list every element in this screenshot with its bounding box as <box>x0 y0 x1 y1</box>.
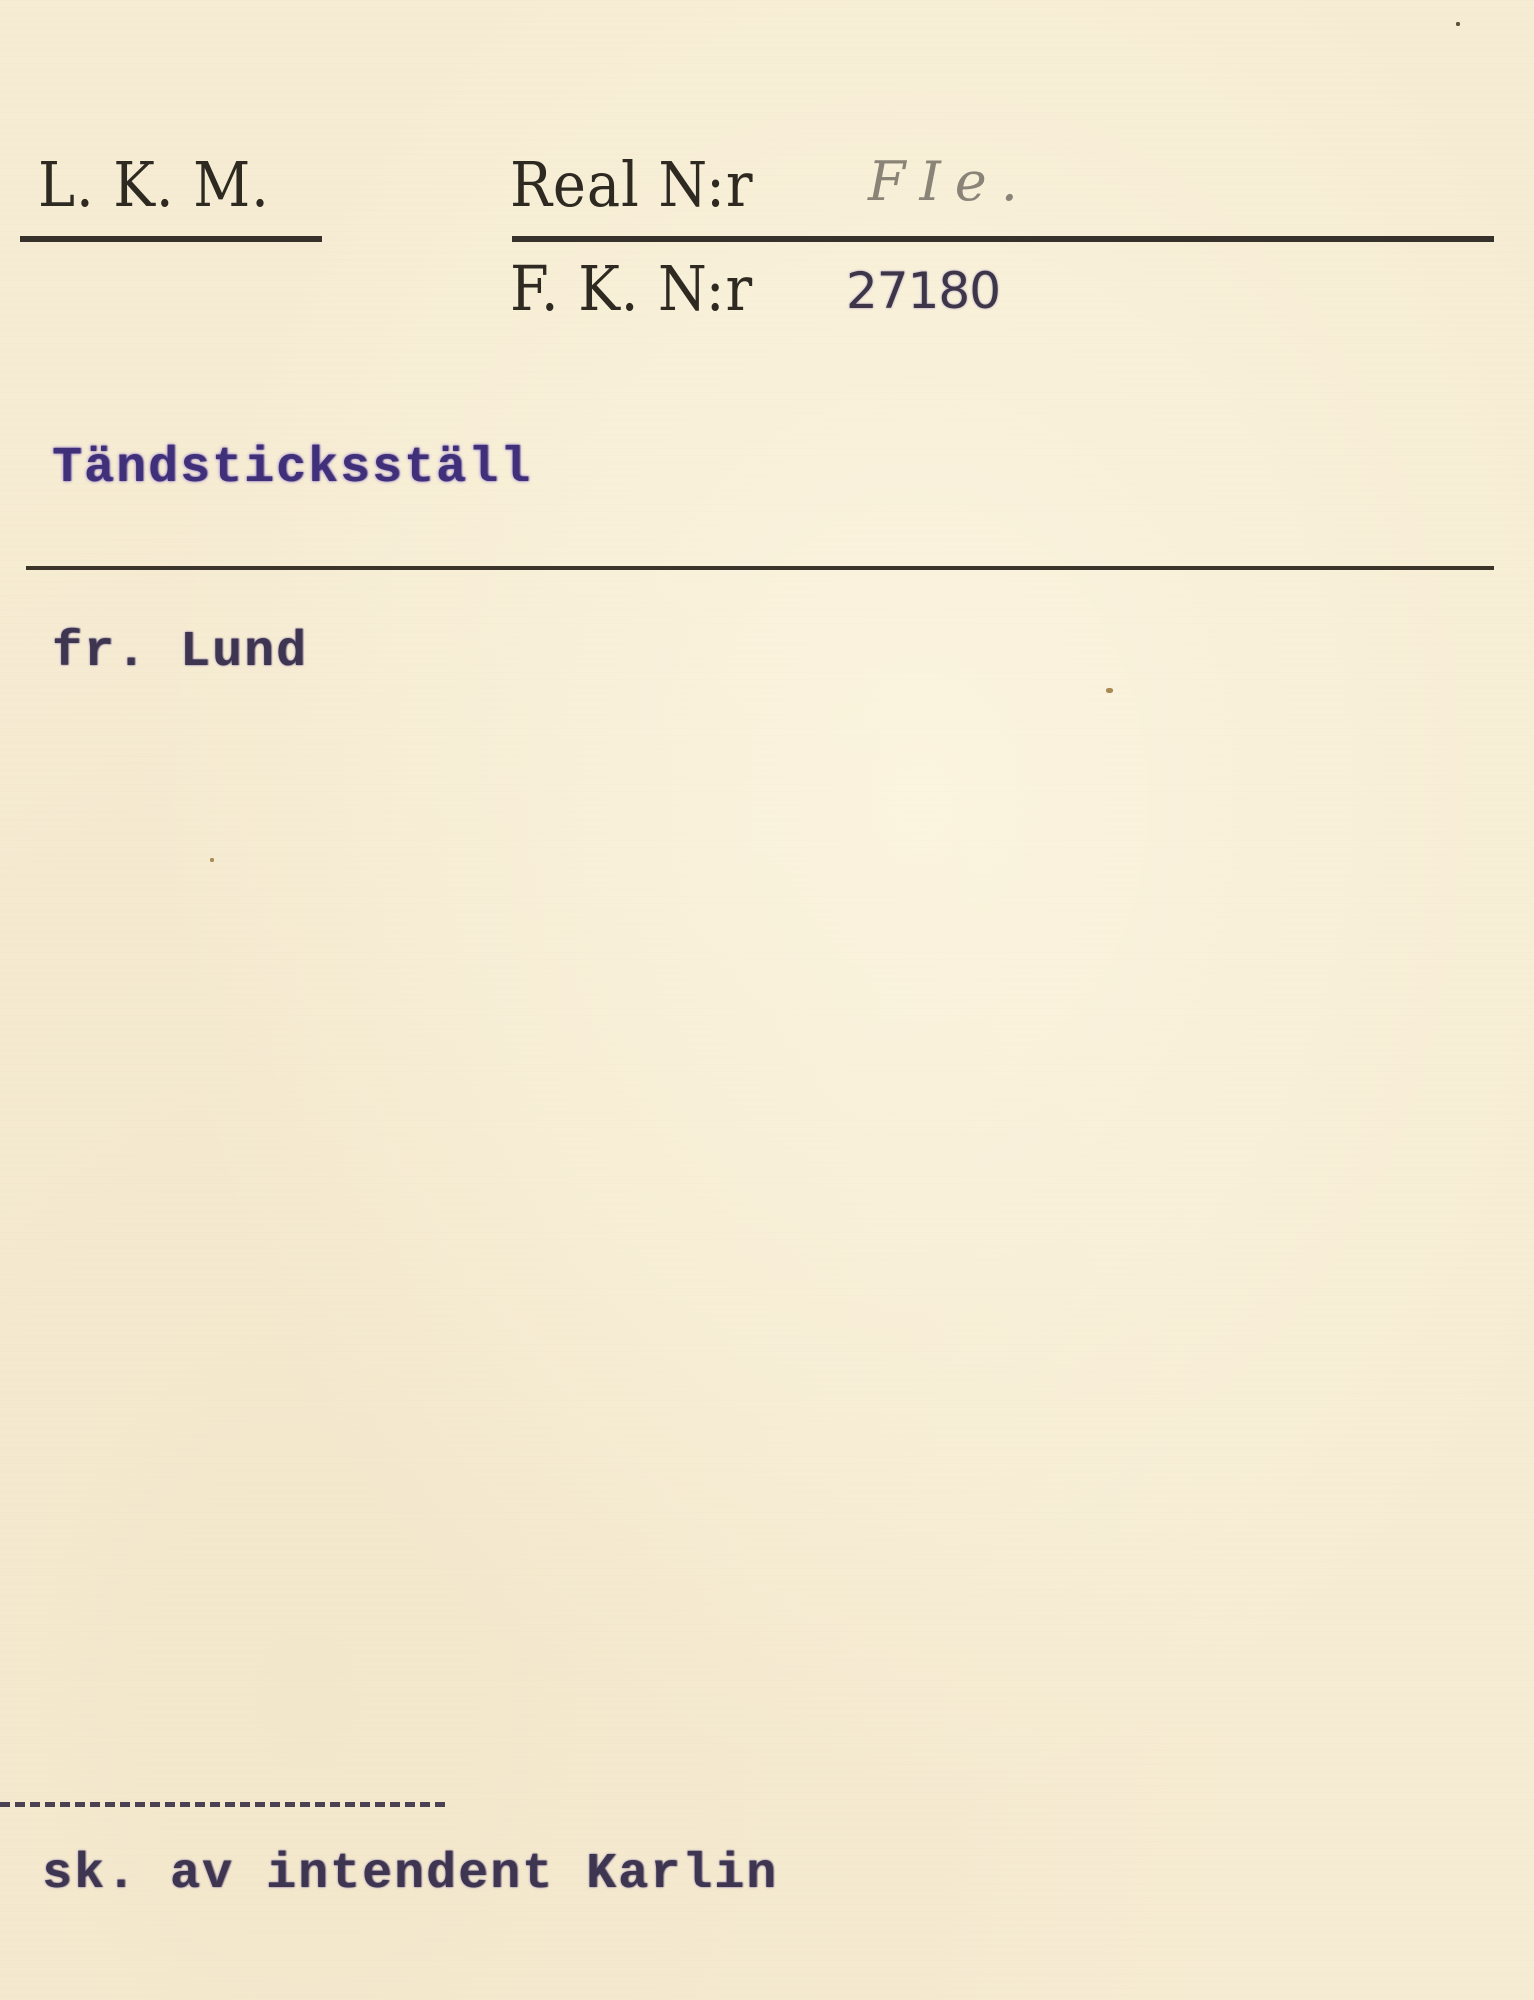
institution-underline <box>20 236 322 242</box>
institution-label: L. K. M. <box>38 148 270 221</box>
fk-number-value: 27180 <box>846 262 1000 320</box>
object-divider <box>26 566 1494 570</box>
provenance-text: fr. Lund <box>52 624 308 681</box>
real-number-underline <box>512 236 1494 242</box>
catalog-card: L. K. M. Real N:r FIe. F. K. N:r 27180 T… <box>0 0 1534 2000</box>
donor-separator <box>0 1802 445 1807</box>
paper-speck <box>1456 22 1460 26</box>
real-number-label: Real N:r <box>510 148 753 221</box>
real-number-value: FIe. <box>868 150 1032 213</box>
donor-note: sk. av intendent Karlin <box>42 1846 778 1903</box>
fk-number-label: F. K. N:r <box>510 252 753 325</box>
paper-speck <box>210 858 214 862</box>
object-name: Tändsticksställ <box>52 440 532 497</box>
paper-speck <box>1106 688 1113 693</box>
